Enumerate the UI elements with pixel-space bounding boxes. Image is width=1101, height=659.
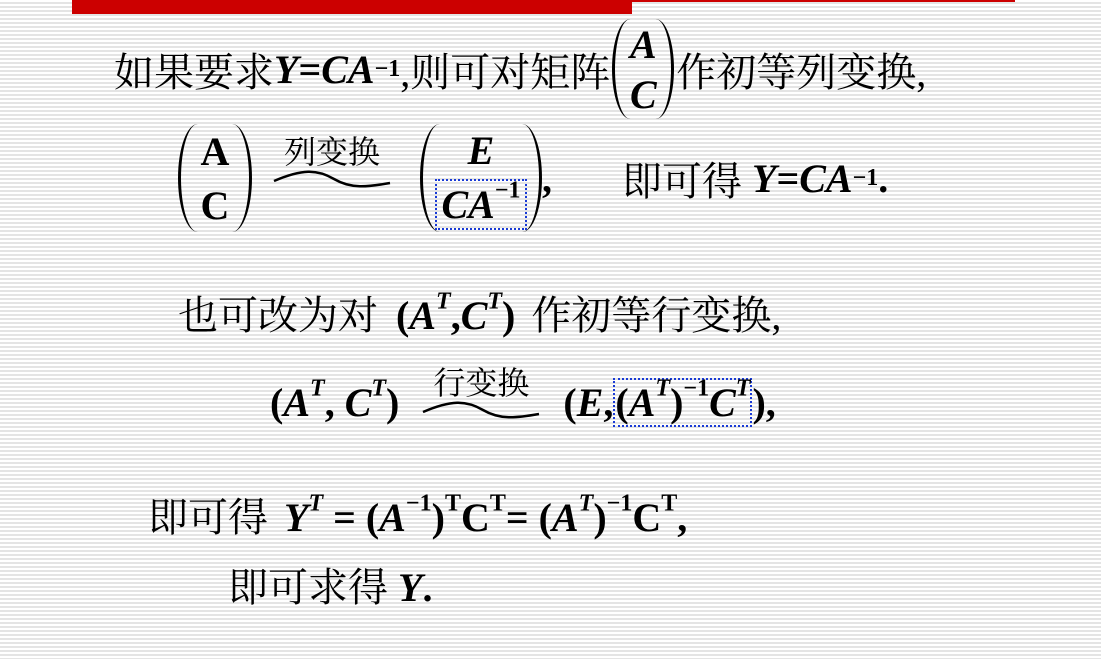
line-5: 即可得 YT = (A−1)TCT= (AT)−1CT,: [148, 486, 687, 543]
matrix-right: E CA−1: [420, 124, 542, 232]
math-CA: CA: [799, 155, 852, 202]
math-transpose: T: [308, 491, 323, 517]
line-4: (AT, CT) 行变换 (E,(AT)−1CT),: [270, 366, 776, 430]
math-C: C: [461, 495, 490, 540]
math-inverse: −1: [607, 491, 633, 517]
line-6: 即可求得 Y.: [228, 556, 432, 613]
math-transpose: T: [579, 491, 594, 517]
paren: ),: [752, 380, 775, 425]
highlight-box: CA−1: [435, 179, 526, 230]
math-transpose: T: [490, 491, 506, 517]
math-inverse: −1: [406, 491, 432, 517]
matrix-entry: A: [630, 21, 657, 68]
matrix-left: A C: [178, 124, 252, 232]
text: 作初等行变换,: [531, 293, 781, 338]
math-A: A: [283, 380, 310, 425]
matrix-entry: E: [468, 127, 495, 174]
paren: (: [563, 380, 576, 425]
paren: (: [270, 380, 283, 425]
paren: (: [615, 380, 628, 425]
math-equals: = (: [333, 495, 379, 540]
text: 即可得: [148, 495, 268, 540]
matrix-entry: C: [201, 182, 230, 229]
text: 如果要求: [114, 41, 274, 98]
math-A: A: [379, 495, 406, 540]
math-inverse: −1: [683, 376, 709, 402]
math-equals: = (: [506, 495, 552, 540]
math-Y: Y: [398, 565, 422, 610]
math-equals: =: [776, 155, 799, 202]
math-transpose: T: [661, 491, 677, 517]
math-transpose: T: [371, 376, 386, 402]
paren: ): [593, 495, 606, 540]
comma: ,: [542, 155, 552, 202]
matrix-entry: C: [630, 71, 657, 118]
column-transform-arrow: 列变换: [272, 135, 392, 189]
tilde-icon: [272, 169, 392, 189]
paren: ): [502, 293, 515, 338]
result-pair: (E,(AT)−1CT),: [563, 379, 775, 430]
paren: ): [386, 380, 399, 425]
arrow-label: 行变换: [433, 366, 529, 400]
math-Y: Y: [284, 495, 308, 540]
text: 即可求得: [228, 565, 388, 610]
math-transpose: T: [310, 376, 325, 402]
period: .: [422, 565, 432, 610]
text: 即可得: [622, 150, 742, 207]
math-C: C: [461, 293, 488, 338]
transpose-pair: (AT, CT): [270, 379, 399, 430]
math-A: A: [552, 495, 579, 540]
math-C: C: [345, 380, 372, 425]
comma: ,: [677, 495, 687, 540]
math-A: A: [629, 380, 656, 425]
math-A: A: [409, 293, 436, 338]
text: 也可改为对: [178, 293, 378, 338]
math-transpose: T: [736, 376, 751, 402]
title-accent-bar: [72, 0, 632, 14]
paren: (: [396, 293, 409, 338]
text: 作初等列变换,: [676, 41, 926, 98]
period: .: [878, 155, 888, 202]
row-transform-arrow: 行变换: [421, 366, 541, 420]
comma: ,: [603, 380, 613, 425]
math-C: C: [632, 495, 661, 540]
paren: ): [670, 380, 683, 425]
math-transpose: T: [487, 289, 502, 315]
highlight-box: (AT)−1CT: [613, 378, 752, 427]
math-equals: =: [298, 46, 321, 93]
math-Y: Y: [274, 46, 298, 93]
math-transpose: T: [445, 491, 461, 517]
math-CA: CA: [321, 46, 374, 93]
math-transpose: T: [436, 289, 451, 315]
math-Y: Y: [752, 155, 776, 202]
line-2: A C 列变换 E CA−1 , 即可得 Y = CA−1 .: [178, 120, 888, 236]
math-C: C: [709, 380, 736, 425]
matrix-A-C: A C: [612, 19, 674, 119]
line-1: 如果要求 Y = CA−1 ,则可对矩阵 A C 作初等列变换,: [114, 26, 926, 112]
title-accent-line: [632, 0, 1015, 2]
comma: ,: [451, 293, 461, 338]
paren: ): [432, 495, 445, 540]
matrix-entry: A: [201, 128, 230, 175]
arrow-label: 列变换: [284, 135, 380, 169]
math-E: E: [577, 380, 604, 425]
comma: ,: [325, 380, 345, 425]
math-CA: CA: [441, 182, 494, 227]
math-inverse: −1: [495, 177, 521, 203]
line-3: 也可改为对 (AT,CT) 作初等行变换,: [178, 284, 781, 341]
math-transpose: T: [655, 376, 670, 402]
tilde-icon: [421, 400, 541, 420]
text: ,则可对矩阵: [400, 41, 610, 98]
